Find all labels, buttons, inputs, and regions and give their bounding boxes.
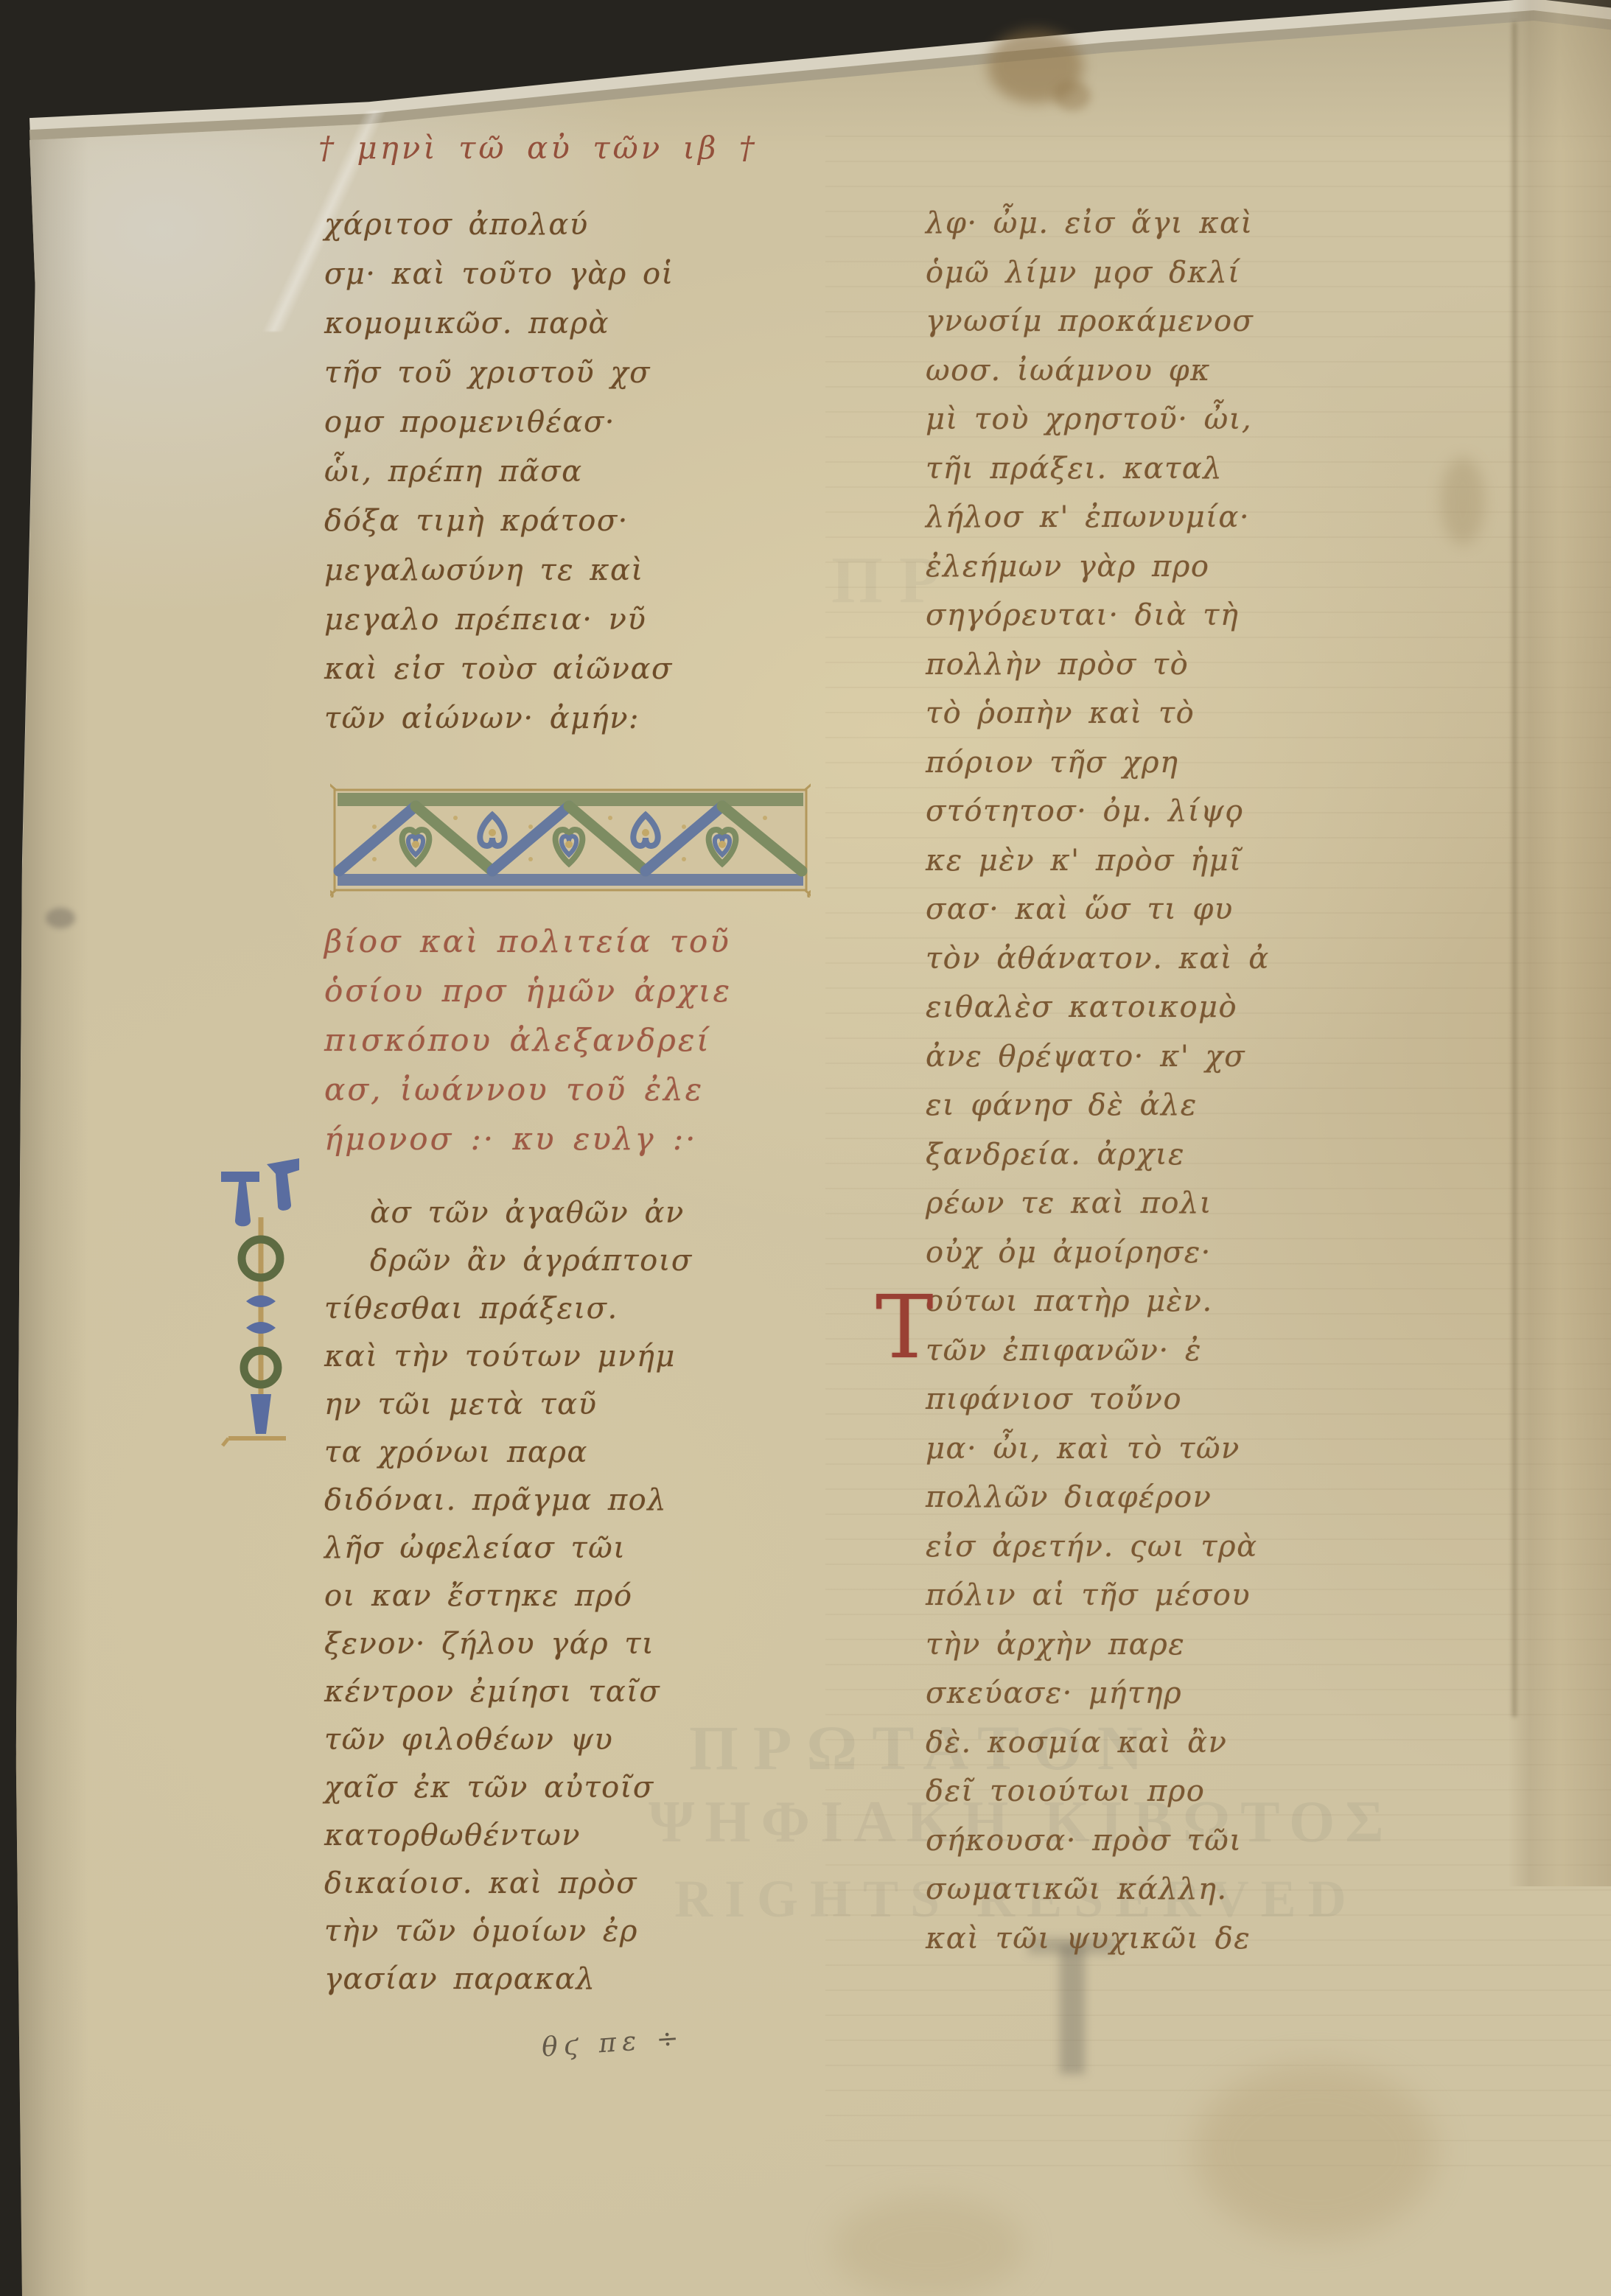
- manuscript-line: τα χρόνωι παρα: [324, 1429, 693, 1477]
- manuscript-line: κομομικῶσ. παρὰ: [324, 299, 674, 349]
- manuscript-line: πόριον τῆσ χρη: [926, 738, 1270, 788]
- right-column-text: λφ· ὦμ. εἰσ ἅγι καὶὁμῶ λίμν μϙσ δκλίγνωσ…: [926, 199, 1270, 1963]
- manuscript-line: πιφάνιοσ τοὔνο: [926, 1375, 1270, 1424]
- manuscript-line: πολλὴν πρὸσ τὸ: [926, 640, 1270, 690]
- manuscript-line: κε μὲν κ' πρὸσ ἡμῖ: [926, 836, 1270, 886]
- manuscript-line: ην τῶι μετὰ ταῦ: [324, 1381, 693, 1429]
- headpiece-ornament: [330, 783, 811, 897]
- manuscript-line: ειθαλὲσ κατοικομὸ: [926, 983, 1270, 1032]
- manuscript-line: γασίαν παρακαλ: [324, 1956, 693, 2003]
- manuscript-line: οι καν ἔστηκε πρό: [324, 1572, 693, 1620]
- manuscript-line: σκεύασε· μήτηρ: [926, 1669, 1270, 1718]
- manuscript-line: ἐλεήμων γὰρ προ: [926, 542, 1270, 592]
- page-header-invocation: † μηνὶ τῶ αὐ τῶν ιβ †: [318, 130, 758, 166]
- manuscript-line: τῆι πράξει. καταλ: [926, 444, 1270, 494]
- manuscript-line: πισκόπου ἀλεξανδρεί: [324, 1015, 732, 1065]
- manuscript-line: σωματικῶι κάλλη.: [926, 1865, 1270, 1914]
- rubric-title: βίοσ καὶ πολιτεία τοῦὁσίου πρσ ἡμῶν ἀρχι…: [324, 917, 732, 1163]
- manuscript-line: τὸν ἀθάνατον. καὶ ἀ: [926, 934, 1270, 984]
- manuscript-line: μα· ὦι, καὶ τὸ τῶν: [926, 1424, 1270, 1474]
- manuscript-line: πόλιν αἱ τῆσ μέσου: [926, 1571, 1270, 1620]
- manuscript-line: ξανδρεία. ἀρχιε: [926, 1130, 1270, 1180]
- manuscript-line: δεῖ τοιούτωι προ: [926, 1767, 1270, 1816]
- manuscript-line: καὶ τὴν τούτων μνήμ: [324, 1333, 693, 1381]
- manuscript-line: τῶν ἐπιφανῶν· ἐ: [926, 1326, 1270, 1376]
- manuscript-line: λῆσ ὠφελείασ τῶι: [324, 1525, 693, 1572]
- manuscript-line: ὧι, πρέπη πᾶσα: [324, 447, 674, 497]
- manuscript-line: στότητοσ· ὀμ. λίψϙ: [926, 787, 1270, 836]
- manuscript-line: τὸ ῥοπὴν καὶ τὸ: [926, 689, 1270, 738]
- manuscript-photo: ΠΡ ΠΡΩΤΑΤΟΝ ΨΗΦΙΑΚΗ ΚΙΒΩΤΟΣ RIGHTS RESER…: [0, 0, 1611, 2296]
- manuscript-line: τῶν φιλοθέων ψυ: [324, 1716, 693, 1764]
- manuscript-line: χαῖσ ἐκ τῶν αὐτοῖσ: [324, 1764, 693, 1812]
- manuscript-line: σήκουσα· πρὸσ τῶι: [926, 1816, 1270, 1866]
- manuscript-line: ει φάνησ δὲ ἀλε: [926, 1081, 1270, 1130]
- manuscript-line: τῆσ τοῦ χριστοῦ χσ: [324, 349, 674, 398]
- manuscript-line: χάριτοσ ἀπολαύ: [324, 200, 674, 250]
- manuscript-line: τῶν αἰώνων· ἀμήν:: [324, 694, 674, 743]
- manuscript-line: ομσ προμενιθέασ·: [324, 398, 674, 447]
- fore-edge-crease: [1512, 22, 1517, 1717]
- manuscript-line: δόξα τιμὴ κράτοσ·: [324, 497, 674, 546]
- manuscript-line: σηγόρευται· διὰ τὴ: [926, 591, 1270, 640]
- manuscript-line: ούτωι πατὴρ μὲν.: [926, 1277, 1270, 1326]
- manuscript-line: τὴν τῶν ὁμοίων ἐρ: [324, 1908, 693, 1956]
- manuscript-line: ρέων τε καὶ πολι: [926, 1179, 1270, 1228]
- manuscript-line: ωοσ. ἰωάμνου φκ: [926, 346, 1270, 396]
- left-column-text: ὰσ τῶν ἀγαθῶν ἀνδρῶν ἂν ἀγράπτοιστίθεσθα…: [324, 1189, 693, 2003]
- manuscript-line: πολλῶν διαφέρον: [926, 1473, 1270, 1522]
- fore-edge-pages: [1508, 0, 1611, 1886]
- manuscript-line: λφ· ὦμ. εἰσ ἅγι καὶ: [926, 199, 1270, 248]
- manuscript-line: τίθεσθαι πράξεισ.: [324, 1285, 693, 1333]
- ink-offset-smudge: [1060, 1945, 1085, 2074]
- manuscript-line: διδόναι. πρᾶγμα πολ: [324, 1477, 693, 1525]
- manuscript-line: ὰσ τῶν ἀγαθῶν ἀν: [370, 1189, 693, 1237]
- manuscript-line: μὶ τοὺ χρηστοῦ· ὦι,: [926, 395, 1270, 444]
- manuscript-line: σμ· καὶ τοῦτο γὰρ οἱ: [324, 250, 674, 299]
- manuscript-line: ήμονοσ :· κυ ευλγ :·: [324, 1114, 732, 1163]
- manuscript-line: μεγαλο πρέπεια· νῦ: [324, 595, 674, 645]
- illuminated-initial-tau: [215, 1147, 312, 1468]
- manuscript-line: ὁσίου πρσ ἡμῶν ἀρχιε: [324, 966, 732, 1015]
- manuscript-line: εἰσ ἀρετήν. ςωι τρὰ: [926, 1522, 1270, 1572]
- manuscript-line: καὶ τῶι ψυχικῶι δε: [926, 1914, 1270, 1964]
- manuscript-line: ασ, ἰωάννου τοῦ ἐλε: [324, 1065, 732, 1114]
- manuscript-line: ὁμῶ λίμν μϙσ δκλί: [926, 248, 1270, 298]
- manuscript-line: βίοσ καὶ πολιτεία τοῦ: [324, 917, 732, 966]
- rubric-initial-tau: Τ: [876, 1284, 934, 1371]
- manuscript-line: γνωσίμ προκάμενοσ: [926, 297, 1270, 346]
- manuscript-line: δικαίοισ. καὶ πρὸσ: [324, 1860, 693, 1908]
- left-column-doxology: χάριτοσ ἀπολαύσμ· καὶ τοῦτο γὰρ οἱκομομι…: [324, 200, 674, 743]
- manuscript-line: ξενον· ζήλου γάρ τι: [324, 1620, 693, 1668]
- manuscript-line: τὴν ἀρχὴν παρε: [926, 1620, 1270, 1670]
- manuscript-line: κατορθωθέντων: [324, 1812, 693, 1860]
- manuscript-line: δρῶν ἂν ἀγράπτοισ: [370, 1237, 693, 1285]
- manuscript-line: ἀνε θρέψατο· κ' χσ: [926, 1032, 1270, 1082]
- manuscript-line: δὲ. κοσμία καὶ ἂν: [926, 1718, 1270, 1768]
- manuscript-line: λήλοσ κ' ἐπωνυμία·: [926, 493, 1270, 542]
- manuscript-line: σασ· καὶ ὥσ τι φυ: [926, 885, 1270, 934]
- manuscript-line: οὐχ ὀμ ἀμοίρησε·: [926, 1228, 1270, 1278]
- manuscript-line: καὶ εἰσ τοὺσ αἰῶνασ: [324, 645, 674, 694]
- manuscript-line: μεγαλωσύνη τε καὶ: [324, 546, 674, 595]
- manuscript-line: κέντρον ἐμίησι ταῖσ: [324, 1668, 693, 1716]
